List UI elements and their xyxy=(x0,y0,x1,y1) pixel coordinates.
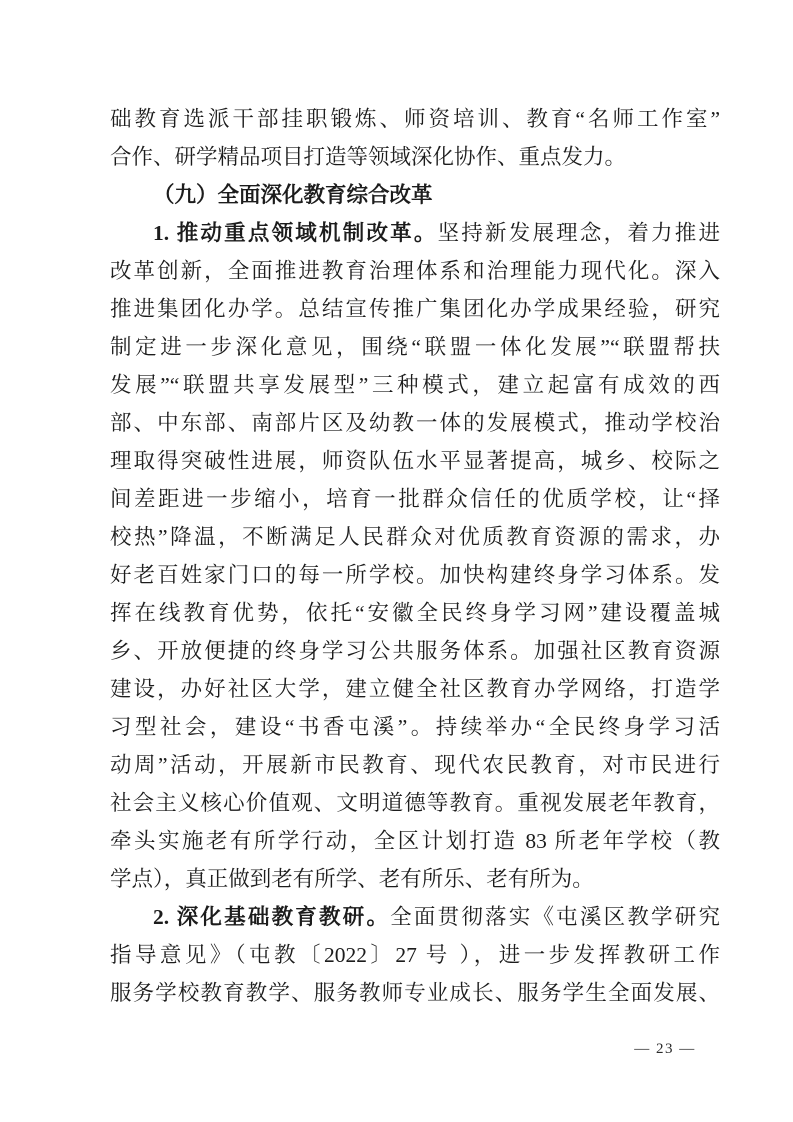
text-run: 乡、开放便捷的终身学习公共服务体系。加强社区教育资源 xyxy=(110,639,720,663)
text-line: 学点），真正做到老有所学、老有所乐、老有所为。 xyxy=(110,860,720,898)
section-heading: （九）全面深化教育综合改革 xyxy=(110,176,720,214)
text-line: 发展”“联盟共享发展型”三种模式，建立起富有成效的西 xyxy=(110,366,720,404)
text-run: 坚持新发展理念，着力推进 xyxy=(438,221,720,245)
text-line: 制定进一步深化意见，围绕“联盟一体化发展”“联盟帮扶 xyxy=(110,328,720,366)
text-run: 础教育选派干部挂职锻炼、师资培训、教育“名师工作室” xyxy=(110,107,720,131)
text-run: 服务学校教育教学、服务教师专业成长、服务学生全面发展、 xyxy=(110,981,720,1005)
text-line: 1. 推动重点领域机制改革。坚持新发展理念，着力推进 xyxy=(110,214,720,252)
text-run: 指导意见》（屯教〔2022〕27 号 ），进一步发挥教研工作 xyxy=(110,943,720,967)
page-number: — 23 — xyxy=(600,1038,730,1060)
text-run: 动周”活动，开展新市民教育、现代农民教育，对市民进行 xyxy=(110,753,720,777)
bold-text-run: 2. 深化基础教育教研。 xyxy=(153,905,390,929)
text-run: 发展”“联盟共享发展型”三种模式，建立起富有成效的西 xyxy=(110,373,720,397)
text-line: 推进集团化办学。总结宣传推广集团化办学成果经验，研究 xyxy=(110,290,720,328)
text-run: 制定进一步深化意见，围绕“联盟一体化发展”“联盟帮扶 xyxy=(110,335,720,359)
text-run: 全面贯彻落实《屯溪区教学研究 xyxy=(390,905,720,929)
text-run: 校热”降温，不断满足人民群众对优质教育资源的需求，办 xyxy=(110,525,720,549)
text-line: 指导意见》（屯教〔2022〕27 号 ），进一步发挥教研工作 xyxy=(110,936,720,974)
text-run: 推进集团化办学。总结宣传推广集团化办学成果经验，研究 xyxy=(110,297,720,321)
text-line: 合作、研学精品项目打造等领域深化协作、重点发力。 xyxy=(110,138,720,176)
text-line: 间差距进一步缩小，培育一批群众信任的优质学校，让“择 xyxy=(110,480,720,518)
text-run: 合作、研学精品项目打造等领域深化协作、重点发力。 xyxy=(110,145,626,169)
document-page: 础教育选派干部挂职锻炼、师资培训、教育“名师工作室”合作、研学精品项目打造等领域… xyxy=(0,0,793,1122)
text-line: 建设，办好社区大学，建立健全社区教育办学网络，打造学 xyxy=(110,670,720,708)
text-line: 挥在线教育优势，依托“安徽全民终身学习网”建设覆盖城 xyxy=(110,594,720,632)
document-body: 础教育选派干部挂职锻炼、师资培训、教育“名师工作室”合作、研学精品项目打造等领域… xyxy=(110,100,720,1012)
text-run: 部、中东部、南部片区及幼教一体的发展模式，推动学校治 xyxy=(110,411,720,435)
text-run: 习型社会，建设“书香屯溪”。持续举办“全民终身学习活 xyxy=(110,715,720,739)
bold-text-run: 1. 推动重点领域机制改革。 xyxy=(153,221,438,245)
text-run: 理取得突破性进展，师资队伍水平显著提高，城乡、校际之 xyxy=(110,449,720,473)
text-line: 2. 深化基础教育教研。全面贯彻落实《屯溪区教学研究 xyxy=(110,898,720,936)
text-run: 学点），真正做到老有所学、老有所乐、老有所为。 xyxy=(110,867,594,891)
text-run: 好老百姓家门口的每一所学校。加快构建终身学习体系。发 xyxy=(110,563,720,587)
text-line: 改革创新，全面推进教育治理体系和治理能力现代化。深入 xyxy=(110,252,720,290)
text-line: 牵头实施老有所学行动，全区计划打造 83 所老年学校（教 xyxy=(110,822,720,860)
text-line: 理取得突破性进展，师资队伍水平显著提高，城乡、校际之 xyxy=(110,442,720,480)
text-line: 部、中东部、南部片区及幼教一体的发展模式，推动学校治 xyxy=(110,404,720,442)
text-run: 改革创新，全面推进教育治理体系和治理能力现代化。深入 xyxy=(110,259,720,283)
bold-text-run: （九）全面深化教育综合改革 xyxy=(153,183,433,207)
text-run: 间差距进一步缩小，培育一批群众信任的优质学校，让“择 xyxy=(110,487,720,511)
text-line: 乡、开放便捷的终身学习公共服务体系。加强社区教育资源 xyxy=(110,632,720,670)
text-line: 础教育选派干部挂职锻炼、师资培训、教育“名师工作室” xyxy=(110,100,720,138)
text-line: 服务学校教育教学、服务教师专业成长、服务学生全面发展、 xyxy=(110,974,720,1012)
text-run: 建设，办好社区大学，建立健全社区教育办学网络，打造学 xyxy=(110,677,720,701)
text-line: 好老百姓家门口的每一所学校。加快构建终身学习体系。发 xyxy=(110,556,720,594)
text-line: 校热”降温，不断满足人民群众对优质教育资源的需求，办 xyxy=(110,518,720,556)
text-run: 挥在线教育优势，依托“安徽全民终身学习网”建设覆盖城 xyxy=(110,601,720,625)
text-line: 社会主义核心价值观、文明道德等教育。重视发展老年教育， xyxy=(110,784,720,822)
text-line: 习型社会，建设“书香屯溪”。持续举办“全民终身学习活 xyxy=(110,708,720,746)
text-run: 牵头实施老有所学行动，全区计划打造 83 所老年学校（教 xyxy=(110,829,720,853)
text-line: 动周”活动，开展新市民教育、现代农民教育，对市民进行 xyxy=(110,746,720,784)
text-run: 社会主义核心价值观、文明道德等教育。重视发展老年教育， xyxy=(110,791,720,815)
